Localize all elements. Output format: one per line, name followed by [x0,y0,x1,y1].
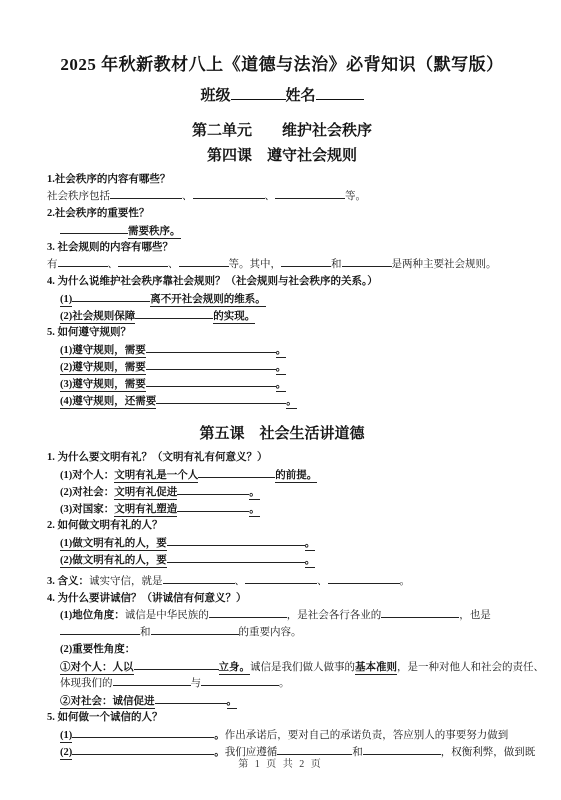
document-line: ①对个人：人以立身。诚信是我们做人做事的基本准则，是一种对他人和社会的责任、 [47,658,517,675]
text-segment: 、 [265,191,276,202]
document-line: 2. 如何做文明有礼的人？ [47,517,517,534]
fill-in-blank [209,607,287,618]
text-segment: 1.社会秩序的内容有哪些？ [47,174,170,185]
fill-in-blank [60,624,140,635]
text-segment: 和 [140,627,151,638]
text-segment: (1)地位角度： [60,610,125,621]
fill-in-blank [58,256,108,267]
text-segment: 的重要内容。 [239,627,302,638]
text-segment: (3)遵守规则，需要 [60,379,146,392]
text-segment: 3. 含义： [47,576,89,587]
text-segment: ，也是 [459,610,491,621]
text-segment: 与 [191,678,202,689]
text-segment: 作出承诺后，要对自己的承诺负责，答应别人的事要努力做到 [225,730,509,741]
text-segment: 和 [331,259,342,270]
text-segment: 。 [227,696,238,709]
text-segment: 。 [279,678,290,689]
text-segment: 基本准则 [355,662,397,675]
fill-in-blank [134,658,219,670]
text-segment: 立身。 [219,662,251,675]
text-segment: 2.社会秩序的重要性？ [47,208,149,219]
document-line: (2)重要性角度： [47,641,517,658]
name-fill-in-blank [316,87,364,100]
text-segment: 文明有礼塑造 [114,504,177,517]
document-line: (3)遵守规则，需要。 [47,375,517,392]
document-line: (1)地位角度：诚信是中华民族的，是社会各行各业的，也是 [47,607,517,624]
text-segment: 。 [214,730,225,741]
text-segment: 是两种主要社会规则。 [392,259,497,270]
lesson5-body: 1. 为什么要文明有礼？（文明有礼有何意义？）(1)对个人：文明有礼是一个人的前… [47,449,517,760]
text-segment: 。 [286,396,297,409]
text-segment: 。 [276,345,287,358]
document-line: (2)遵守规则，需要。 [47,358,517,375]
worksheet-page: 2025 年秋新教材八上《道德与法治》必背知识（默写版） 班级姓名 第二单元 维… [0,0,561,800]
text-segment: 。 [249,504,260,517]
fill-in-blank [381,607,459,618]
fill-in-blank [167,534,305,546]
text-segment: 。 [305,538,316,551]
class-label: 班级 [200,88,230,104]
fill-in-blank [179,256,229,267]
document-line: 3. 社会规则的内容有哪些？ [47,239,517,256]
text-segment: (1)做文明有礼的人，要 [60,538,167,551]
text-segment: ②对社会：诚信促进 [60,696,155,709]
text-segment: 。 [400,576,411,587]
fill-in-blank [72,726,214,738]
text-segment: 、 [235,576,246,587]
text-segment: 。 [305,555,316,568]
fill-in-blank [342,256,392,267]
document-line: 有、、等。其中，和是两种主要社会规则。 [47,256,517,273]
text-segment: 1. 为什么要文明有礼？（文明有礼有何意义？） [47,452,268,463]
text-segment: 、 [168,259,179,270]
text-segment: 诚信是我们做人做事的 [250,662,355,673]
text-segment: 。 [249,487,260,500]
fill-in-blank [328,573,400,584]
text-segment: 5. 如何遵守规则？ [47,327,131,338]
text-segment: 需要秩序。 [128,226,181,239]
fill-in-blank [193,188,265,199]
text-segment: (2)做文明有礼的人，要 [60,555,167,568]
page-content: 2025 年秋新教材八上《道德与法治》必背知识（默写版） 班级姓名 第二单元 维… [0,0,561,760]
document-line: 社会秩序包括、、等。 [47,188,517,205]
document-line: (4)遵守规则，还需要。 [47,392,517,409]
text-segment: 2. 如何做文明有礼的人？ [47,520,163,531]
fill-in-blank [118,256,168,267]
fill-in-blank [155,692,227,704]
text-segment: 社会秩序包括 [47,191,110,202]
text-segment: (2)社会规则保障 [60,311,135,324]
text-segment: 、 [182,191,193,202]
fill-in-blank [198,466,275,478]
text-segment: ①对个人：人以 [60,662,134,675]
text-segment: 的实现。 [213,311,255,324]
unit-heading: 第二单元 维护社会秩序 [47,119,517,140]
document-line: (2)做文明有礼的人，要。 [47,551,517,568]
fill-in-blank [177,483,249,495]
text-segment: 有 [47,259,58,270]
document-line: (1)遵守规则，需要。 [47,341,517,358]
fill-in-blank [60,222,128,234]
lesson5-heading: 第五课 社会生活讲道德 [47,422,517,443]
fill-in-blank [72,743,214,755]
text-segment: 、 [317,576,328,587]
document-line: (1)做文明有礼的人，要。 [47,534,517,551]
document-line: (2)社会规则保障的实现。 [47,307,517,324]
text-segment: 的前提。 [275,470,317,483]
text-segment: (2)对社会： [60,487,114,498]
document-line: (1)对个人：文明有礼是一个人的前提。 [47,466,517,483]
text-segment: (1) [60,730,72,743]
text-segment: (1)遵守规则，需要 [60,345,146,358]
lesson4-heading: 第四课 遵守社会规则 [47,144,517,165]
fill-in-blank [146,358,276,370]
lesson4-body: 1.社会秩序的内容有哪些？社会秩序包括、、等。2.社会秩序的重要性？需要秩序。3… [47,171,517,409]
document-line: (1)。作出承诺后，要对自己的承诺负责，答应别人的事要努力做到 [47,726,517,743]
text-segment: (3)对国家： [60,504,114,515]
text-segment: 5. 如何做一个诚信的人？ [47,712,163,723]
page-number-indicator: 第 1 页 共 2 页 [0,755,561,770]
text-segment: 4. 为什么要讲诚信？（讲诚信有何意义？） [47,593,247,604]
document-line: 1.社会秩序的内容有哪些？ [47,171,517,188]
class-name-row: 班级姓名 [47,84,517,105]
text-segment: ，是社会各行各业的 [287,610,382,621]
fill-in-blank [275,188,345,199]
text-segment: 。 [276,379,287,392]
fill-in-blank [72,290,150,302]
text-segment: 、 [108,259,119,270]
text-segment: 诚实守信，就是 [89,576,163,587]
document-line: 4. 为什么说维护社会秩序靠社会规则？（社会规则与社会秩序的关系。） [47,273,517,290]
document-line: (2)对社会：文明有礼促进。 [47,483,517,500]
fill-in-blank [201,675,279,686]
text-segment: 体现我们的 [60,678,113,689]
text-segment: (2)重要性角度： [60,644,135,655]
text-segment: 等。其中， [229,259,282,270]
text-segment: 文明有礼促进 [114,487,177,500]
text-segment: (4)遵守规则，还需要 [60,396,156,409]
text-segment: 等。 [345,191,366,202]
fill-in-blank [151,624,239,635]
text-segment: (1)对个人： [60,470,114,481]
text-segment: 离不开社会规则的维系。 [150,294,266,307]
fill-in-blank [113,675,191,686]
document-line: 和的重要内容。 [47,624,517,641]
fill-in-blank [156,392,286,404]
document-line: (3)对国家：文明有礼塑造。 [47,500,517,517]
fill-in-blank [163,573,235,584]
fill-in-blank [281,256,331,267]
fill-in-blank [363,744,441,755]
text-segment: 4. 为什么说维护社会秩序靠社会规则？（社会规则与社会秩序的关系。） [47,276,378,287]
text-segment: 3. 社会规则的内容有哪些？ [47,242,173,253]
document-line: 4. 为什么要讲诚信？（讲诚信有何意义？） [47,590,517,607]
document-line: 1. 为什么要文明有礼？（文明有礼有何意义？） [47,449,517,466]
text-segment: 文明有礼是一个人 [114,470,198,483]
fill-in-blank [110,188,182,199]
document-line: ②对社会：诚信促进。 [47,692,517,709]
fill-in-blank [245,573,317,584]
fill-in-blank [277,744,352,755]
text-segment: 诚信是中华民族的 [125,610,209,621]
document-line: 体现我们的与。 [47,675,517,692]
text-segment: 。 [276,362,287,375]
text-segment: (1) [60,294,72,307]
document-line: 5. 如何做一个诚信的人？ [47,709,517,726]
document-line: 2.社会秩序的重要性？ [47,205,517,222]
fill-in-blank [146,341,276,353]
fill-in-blank [135,307,213,319]
fill-in-blank [146,375,276,387]
fill-in-blank [167,551,305,563]
document-line: (1)离不开社会规则的维系。 [47,290,517,307]
document-title: 2025 年秋新教材八上《道德与法治》必背知识（默写版） [47,50,517,75]
document-line: 5. 如何遵守规则？ [47,324,517,341]
document-line: 需要秩序。 [47,222,517,239]
name-label: 姓名 [286,88,316,104]
class-fill-in-blank [231,87,286,100]
text-segment: (2)遵守规则，需要 [60,362,146,375]
document-line: 3. 含义：诚实守信，就是、、。 [47,573,517,590]
fill-in-blank [177,500,249,512]
text-segment: ，是一种对他人和社会的责任、 [397,662,544,673]
